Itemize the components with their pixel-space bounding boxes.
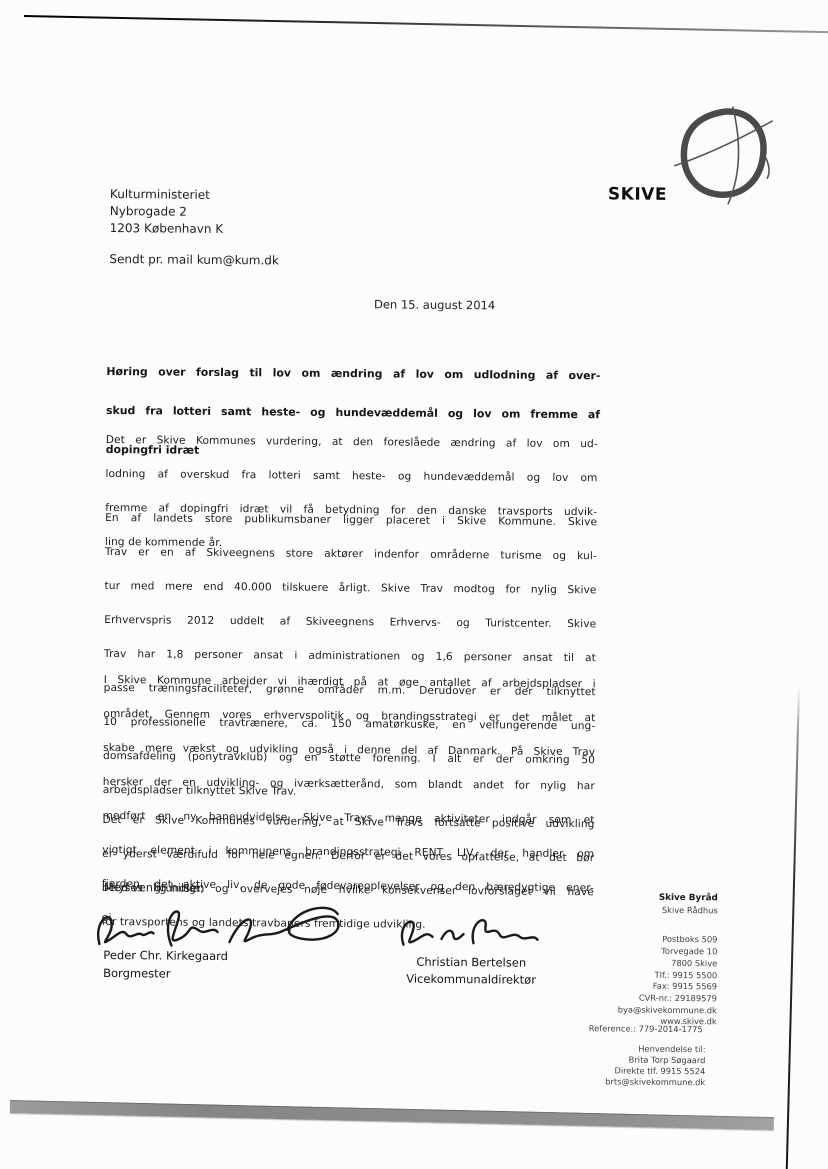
signature-christian-bertelsen xyxy=(393,911,545,956)
reference-number: Reference.: 779-2014-1775 xyxy=(589,1023,703,1034)
logo-sketch-circle-icon xyxy=(672,104,775,205)
recipient-street: Nybrogade 2 xyxy=(110,203,224,221)
signer-title-right: Vicekommunaldirektør xyxy=(391,971,551,986)
sender-address-lines: Postboks 509Torvegade 107800 SkiveTlf.: … xyxy=(547,933,718,1028)
signer-title-left: Borgmester xyxy=(103,966,170,981)
recipient-city: 1203 København K xyxy=(110,220,224,238)
letter-content: SKIVE Kulturministeriet Nybrogade 2 1203… xyxy=(0,0,828,1169)
skive-municipality-logo: SKIVE xyxy=(608,97,781,213)
recipient-address-block: Kulturministeriet Nybrogade 2 1203 Køben… xyxy=(110,186,224,238)
logo-wordmark: SKIVE xyxy=(608,184,667,205)
letter-date: Den 15. august 2014 xyxy=(374,297,495,312)
closing-salutation: Med venlig hilsen xyxy=(104,880,205,895)
sender-org-building: Skive Rådhus xyxy=(548,904,718,917)
recipient-name: Kulturministeriet xyxy=(110,186,224,204)
contact-person-block: Henvendelse til:Brita Torp SøgaardDirekt… xyxy=(605,1043,705,1088)
scanned-letter-page: SKIVE Kulturministeriet Nybrogade 2 1203… xyxy=(0,0,828,1169)
signer-name-right: Christian Bertelsen xyxy=(391,954,551,969)
sender-info-sidebar: Skive Byråd Skive Rådhus Postboks 509Tor… xyxy=(547,892,718,1029)
signer-name-left: Peder Chr. Kirkegaard xyxy=(103,948,228,963)
sent-via-line: Sendt pr. mail kum@kum.dk xyxy=(109,252,279,267)
signer-block-right: Christian Bertelsen Vicekommunaldirektør xyxy=(391,954,551,986)
